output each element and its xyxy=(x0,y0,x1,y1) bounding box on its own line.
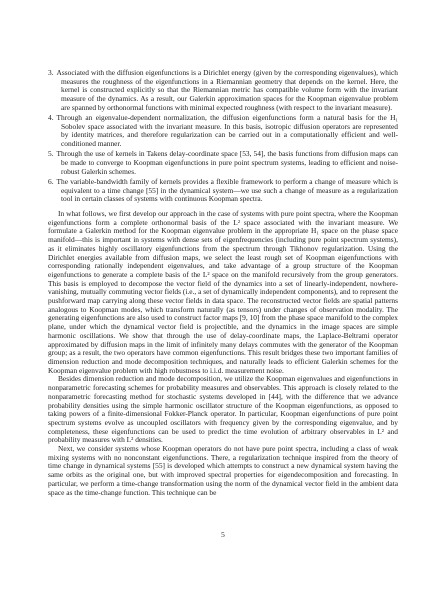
page-content: 3.Associated with the diffusion eigenfun… xyxy=(48,69,398,497)
list-item: 3.Associated with the diffusion eigenfun… xyxy=(48,69,398,113)
paper-page: 3.Associated with the diffusion eigenfun… xyxy=(0,0,424,600)
list-item-number: 6. xyxy=(48,177,54,186)
list-item-text: The variable-bandwidth family of kernels… xyxy=(57,177,398,203)
list-item-text: Through the use of kernels in Takens del… xyxy=(57,149,398,175)
page-number: 5 xyxy=(48,530,398,539)
list-item-number: 5. xyxy=(48,149,54,158)
list-item: 5.Through the use of kernels in Takens d… xyxy=(48,150,398,176)
paragraph: In what follows, we first develop our ap… xyxy=(48,210,398,375)
list-item-text: Associated with the diffusion eigenfunct… xyxy=(57,68,398,112)
list-item-number: 3. xyxy=(48,68,54,77)
paragraph: Next, we consider systems whose Koopman … xyxy=(48,445,398,497)
list-item-text: Through an eigenvalue-dependent normaliz… xyxy=(57,113,398,148)
paragraph: Besides dimension reduction and mode dec… xyxy=(48,375,398,445)
list-item: 6.The variable-bandwidth family of kerne… xyxy=(48,178,398,204)
list-item-number: 4. xyxy=(48,113,54,122)
list-item: 4.Through an eigenvalue-dependent normal… xyxy=(48,114,398,149)
